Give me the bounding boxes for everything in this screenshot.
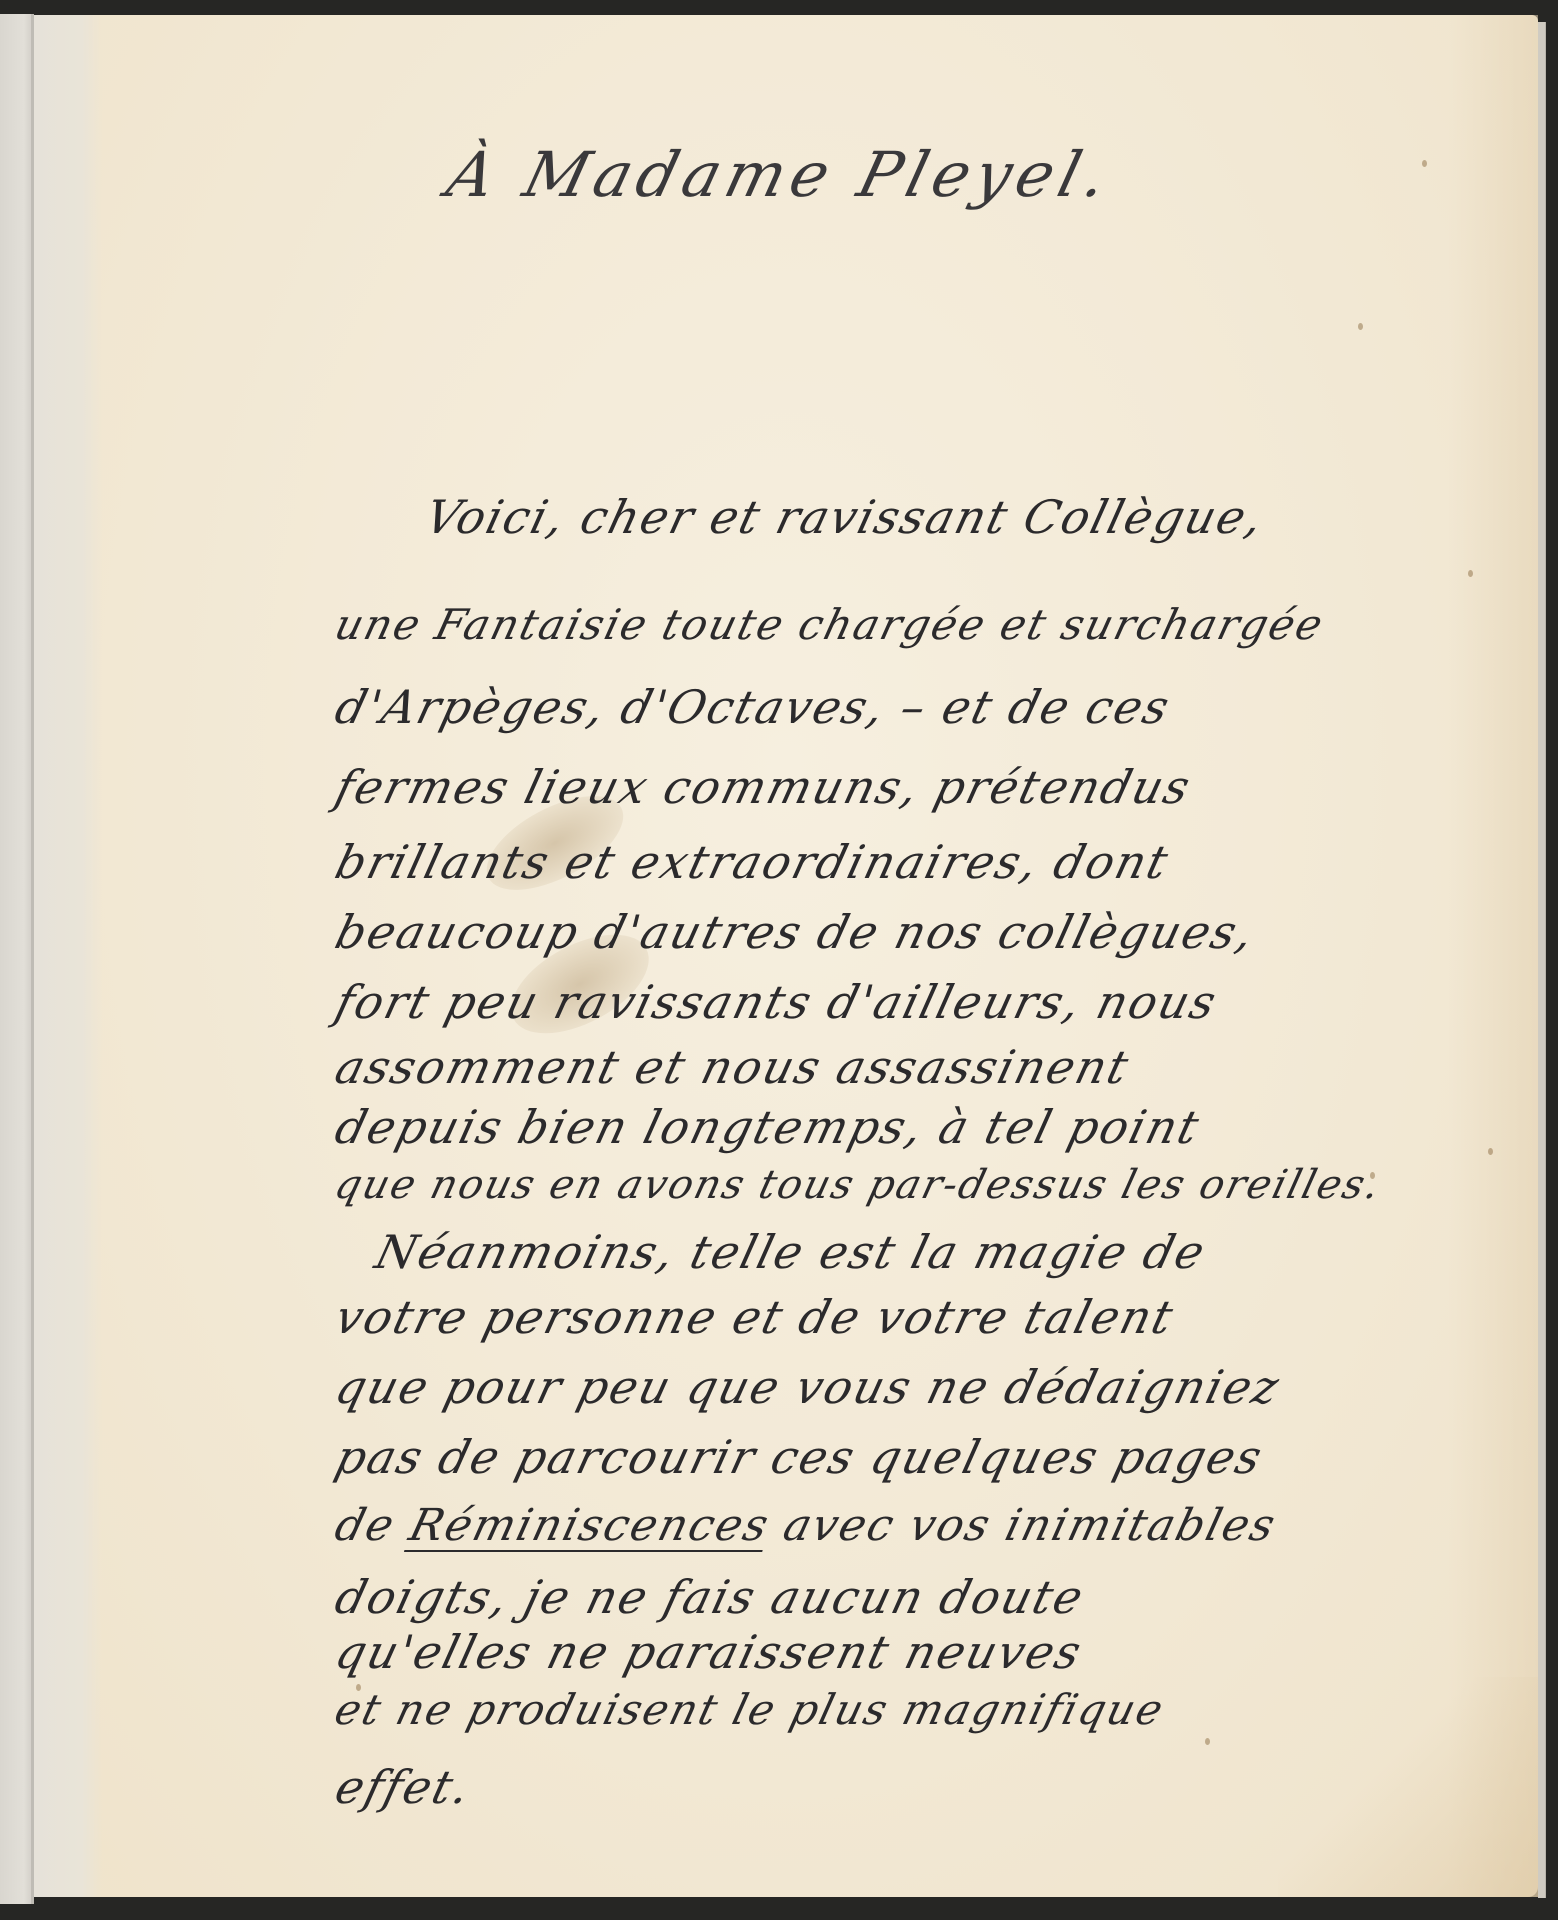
underlying-page-edge — [1538, 22, 1546, 1898]
line-prefix: de — [330, 1500, 417, 1551]
binding-strip — [0, 14, 34, 1904]
foxing-spot — [1468, 570, 1473, 577]
letter-line: que nous en avons tous par-dessus les or… — [330, 1162, 1386, 1208]
line-suffix: avec vos inimitables — [762, 1500, 1281, 1551]
letter-line: une Fantaisie toute chargée et surchargé… — [330, 600, 1329, 649]
salutation-heading: À Madame Pleyel. — [440, 138, 1120, 211]
foxing-spot — [1422, 160, 1427, 167]
letter-line: et ne produisent le plus magnifique — [330, 1685, 1170, 1734]
letter-line: assomment et nous assassinent — [330, 1040, 1135, 1094]
letter-line: fort peu ravissants d'ailleurs, nous — [330, 975, 1223, 1029]
letter-line: Néanmoins, telle est la magie de — [370, 1225, 1212, 1279]
letter-line: votre personne et de votre talent — [330, 1290, 1180, 1344]
underlined-title-reminiscences: Réminiscences — [404, 1500, 775, 1551]
letter-line: brillants et extraordinaires, dont — [330, 835, 1175, 889]
letter-line: qu'elles ne paraissent neuves — [330, 1625, 1088, 1679]
letter-line-with-underline: de Réminiscences avec vos inimitables — [330, 1500, 1282, 1551]
letter-line: que pour peu que vous ne dédaigniez — [330, 1360, 1286, 1414]
paper-edge-shading — [1448, 15, 1538, 1897]
paper-guard-strip — [34, 15, 102, 1897]
letter-line: doigts, je ne fais aucun doute — [330, 1570, 1090, 1624]
foxing-spot — [1358, 323, 1363, 330]
letter-line-closing: effet. — [330, 1760, 477, 1814]
letter-line: fermes lieux communs, prétendus — [330, 760, 1197, 814]
paper-corner-shading — [1278, 1677, 1538, 1897]
letter-line: beaucoup d'autres de nos collègues, — [330, 905, 1261, 959]
letter-line: Voici, cher et ravissant Collègue, — [420, 490, 1270, 544]
letter-line: pas de parcourir ces quelques pages — [330, 1430, 1269, 1484]
letter-line: d'Arpèges, d'Octaves, – et de ces — [330, 680, 1176, 734]
foxing-spot — [1488, 1148, 1493, 1155]
letter-line: depuis bien longtemps, à tel point — [330, 1100, 1206, 1154]
foxing-spot — [1205, 1738, 1210, 1745]
